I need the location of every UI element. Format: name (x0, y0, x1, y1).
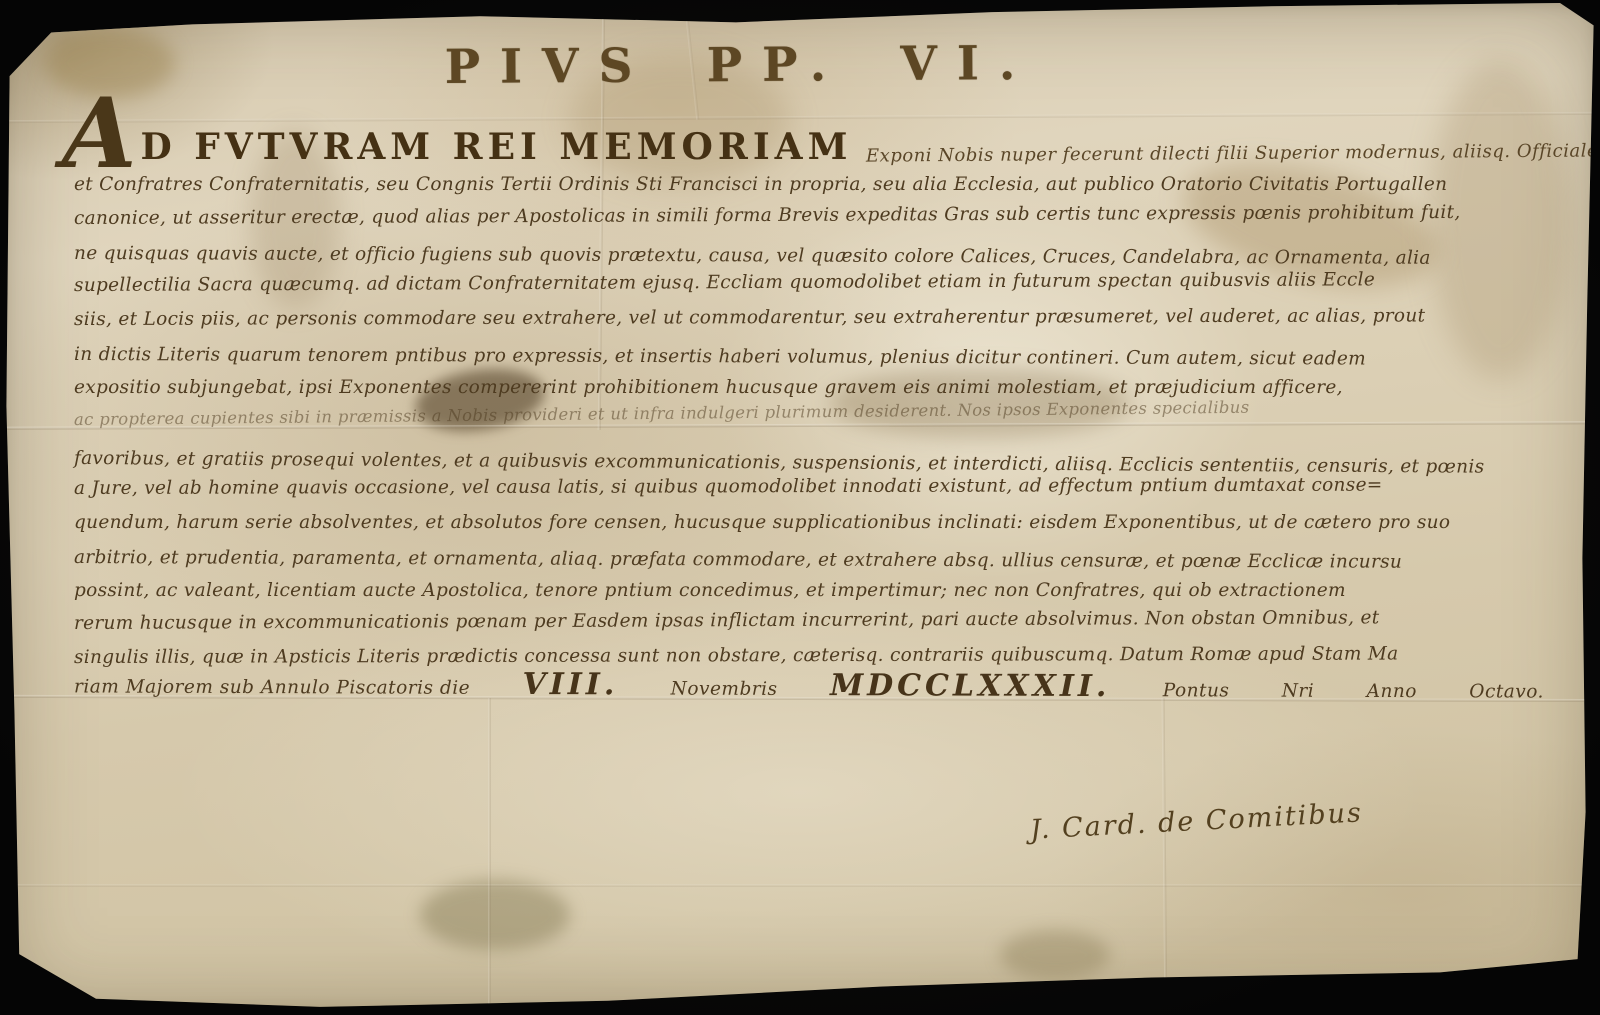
body-line: rerum hucusque in excommunicationis pœna… (74, 601, 1544, 641)
body-line: arbitrio, et prudentia, paramenta, et or… (74, 541, 1544, 580)
fold-crease-vertical-bottom-right (1162, 698, 1168, 1015)
date-word-anno: Anno (1367, 681, 1417, 702)
stain-bottom-left (420, 880, 570, 950)
opening-line: Exponi Nobis nuper fecerunt dilecti fili… (866, 140, 1600, 166)
body-line: siis, et Locis piis, ac personis commoda… (74, 299, 1544, 337)
parchment-document: PIVS PP. VI. A D FVTVRAM REI MEMORIAM Ex… (0, 0, 1600, 1015)
body-line: canonice, ut asseritur erectæ, quod alia… (74, 195, 1544, 235)
fold-crease-horizontal-bottom (0, 884, 1600, 887)
date-word-pontus: Pontus (1163, 680, 1230, 701)
photo-backdrop: PIVS PP. VI. A D FVTVRAM REI MEMORIAM Ex… (0, 0, 1600, 1015)
body-line: a Jure, vel ab homine quavis occasione, … (74, 468, 1544, 506)
signature: J. Card. de Comitibus (1029, 797, 1363, 845)
body-text: et Confratres Confraternitatis, seu Cong… (74, 168, 1544, 675)
body-line: supellectilia Sacra quæcumq. ad dictam C… (74, 263, 1544, 303)
heading-initial-letter: A (62, 94, 136, 174)
stain-bottom-right (1000, 930, 1110, 980)
body-line: in dictis Literis quarum tenorem pntibus… (74, 338, 1544, 377)
heading-text: D FVTVRAM REI MEMORIAM (140, 126, 852, 168)
date-year-roman: MDCCLXXXII. (830, 668, 1111, 704)
body-line: quendum, harum serie absolventes, et abs… (74, 506, 1544, 540)
date-month: Novembris (671, 679, 778, 700)
document-heading: A D FVTVRAM REI MEMORIAM Exponi Nobis nu… (62, 86, 1562, 168)
date-line: riam Majorem sub Annulo Piscatoris die V… (74, 665, 1544, 705)
date-prefix: riam Majorem sub Annulo Piscatoris die (74, 676, 470, 698)
date-day-roman: VIII. (522, 667, 618, 702)
fold-crease-vertical-bottom-left (488, 698, 491, 1015)
date-word-octavo: Octavo. (1469, 681, 1544, 702)
date-word-nri: Nri (1282, 681, 1315, 702)
